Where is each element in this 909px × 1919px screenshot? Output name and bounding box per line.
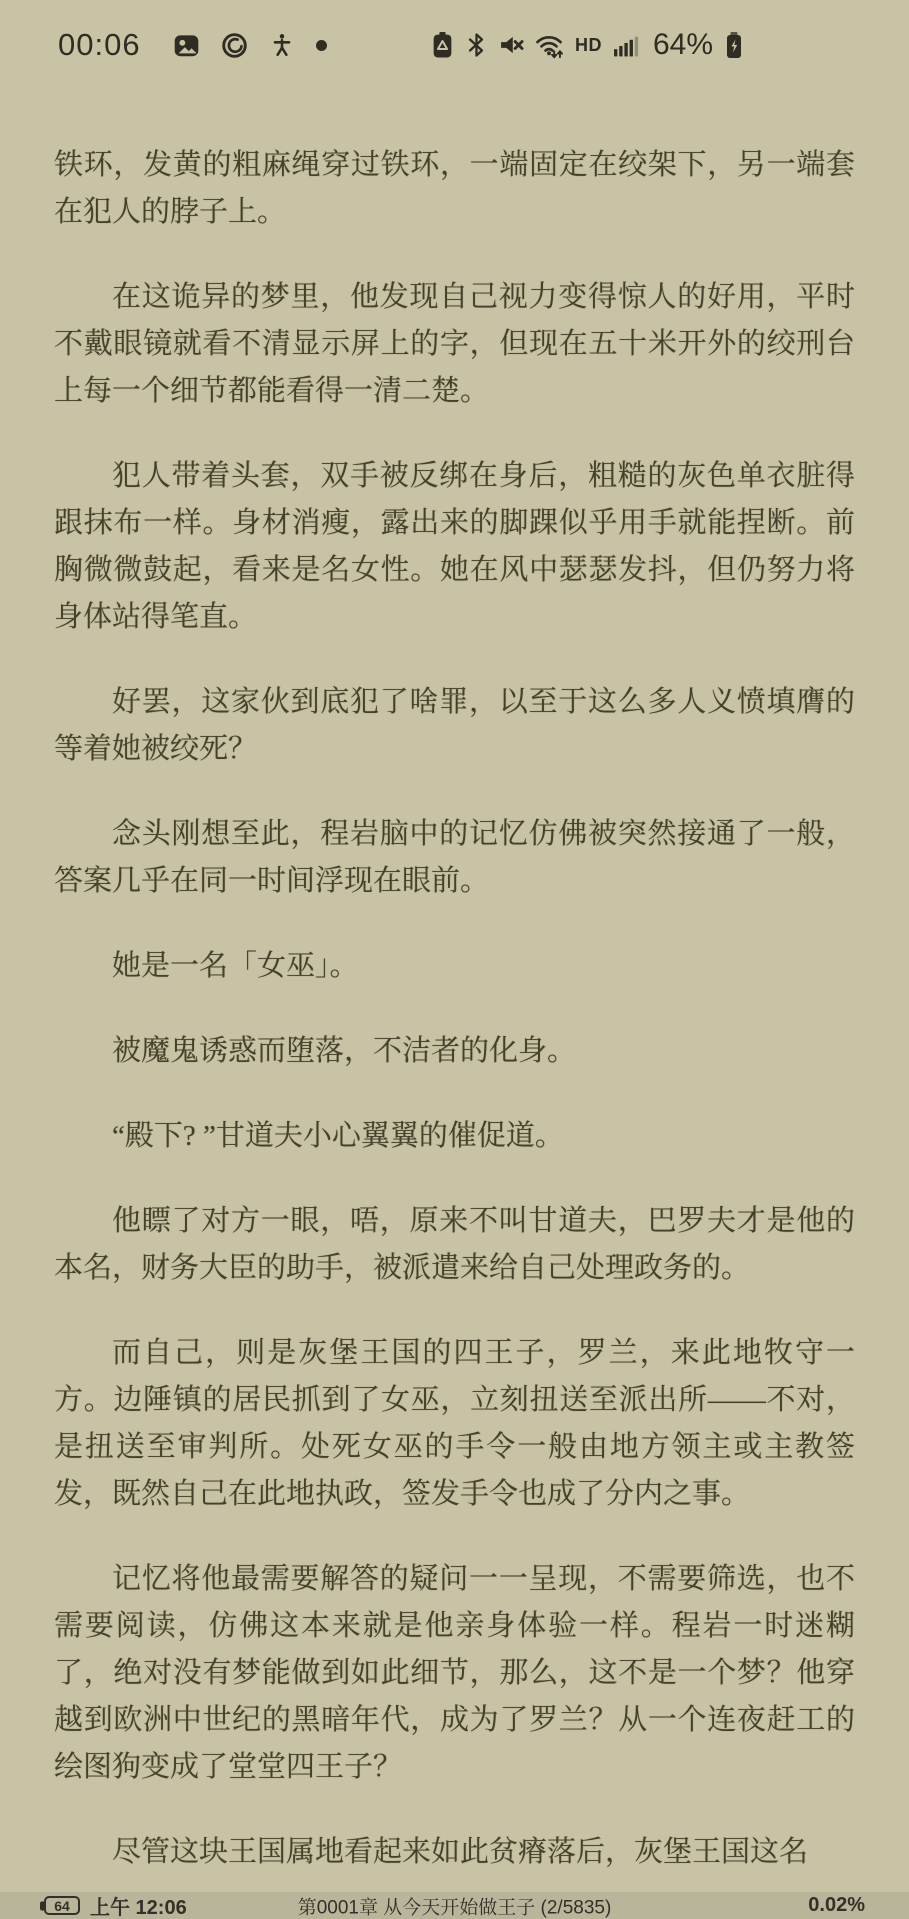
footer-battery-level: 64 (54, 1898, 70, 1914)
battery-saver-icon (430, 31, 455, 59)
status-bar: 00:06 (0, 0, 909, 78)
reader-app-screen: 00:06 (0, 0, 909, 1919)
reader-footer-bar: 64 上午 12:06 第0001章 从今天开始做王子 (2/5835) 0.0… (0, 1892, 909, 1919)
paragraph: 好罢，这家伙到底犯了啥罪，以至于这么多人义愤填膺的等着她被绞死？ (54, 679, 855, 773)
battery-charging-icon (722, 30, 746, 60)
paragraph: 他瞟了对方一眼，唔，原来不叫甘道夫，巴罗夫才是他的本名，财务大臣的助手，被派遣来… (54, 1198, 855, 1292)
netease-music-icon (221, 32, 248, 59)
paragraph: 在这诡异的梦里，他发现自己视力变得惊人的好用，平时不戴眼镜就看不清显示屏上的字，… (54, 274, 855, 415)
mute-icon (497, 31, 525, 59)
paragraph: 尽管这块王国属地看起来如此贫瘠落后，灰堡王国这名 (54, 1829, 855, 1876)
paragraph: 被魔鬼诱惑而堕落，不洁者的化身。 (54, 1028, 855, 1075)
notification-icons (173, 32, 327, 59)
paragraph: “殿下? ”甘道夫小心翼翼的催促道。 (54, 1113, 855, 1160)
footer-battery-icon: 64 (44, 1896, 80, 1915)
gallery-icon (173, 32, 200, 59)
battery-percent-label: 64% (653, 28, 713, 62)
system-status-icons: HD 64% (430, 12, 746, 78)
paragraph: 铁环，发黄的粗麻绳穿过铁环，一端固定在绞架下，另一端套在犯人的脖子上。 (54, 142, 855, 236)
footer-progress-percent: 0.02% (808, 1894, 865, 1917)
paragraph: 念头刚想至此，程岩脑中的记忆仿佛被突然接通了一般，答案几乎在同一时间浮现在眼前。 (54, 811, 855, 905)
status-clock: 00:06 (58, 27, 141, 63)
bluetooth-icon (464, 31, 488, 59)
paragraph: 而自己，则是灰堡王国的四王子，罗兰，来此地牧守一方。边陲镇的居民抓到了女巫，立刻… (54, 1330, 855, 1518)
notification-dot (316, 40, 327, 51)
paragraph: 记忆将他最需要解答的疑问一一呈现，不需要筛选，也不需要阅读，仿佛这本来就是他亲身… (54, 1556, 855, 1791)
wifi-icon (534, 31, 564, 59)
reader-page[interactable]: 铁环，发黄的粗麻绳穿过铁环，一端固定在绞架下，另一端套在犯人的脖子上。 在这诡异… (0, 142, 909, 1892)
accessibility-icon (269, 32, 295, 58)
hd-indicator: HD (575, 35, 602, 56)
signal-strength-icon (613, 31, 640, 59)
footer-chapter-info: 第0001章 从今天开始做王子 (2/5835) (298, 1892, 612, 1919)
footer-time-label: 上午 12:06 (90, 1891, 187, 1919)
paragraph: 她是一名「女巫」。 (54, 943, 855, 990)
paragraph: 犯人带着头套，双手被反绑在身后，粗糙的灰色单衣脏得跟抹布一样。身材消瘦，露出来的… (54, 453, 855, 641)
